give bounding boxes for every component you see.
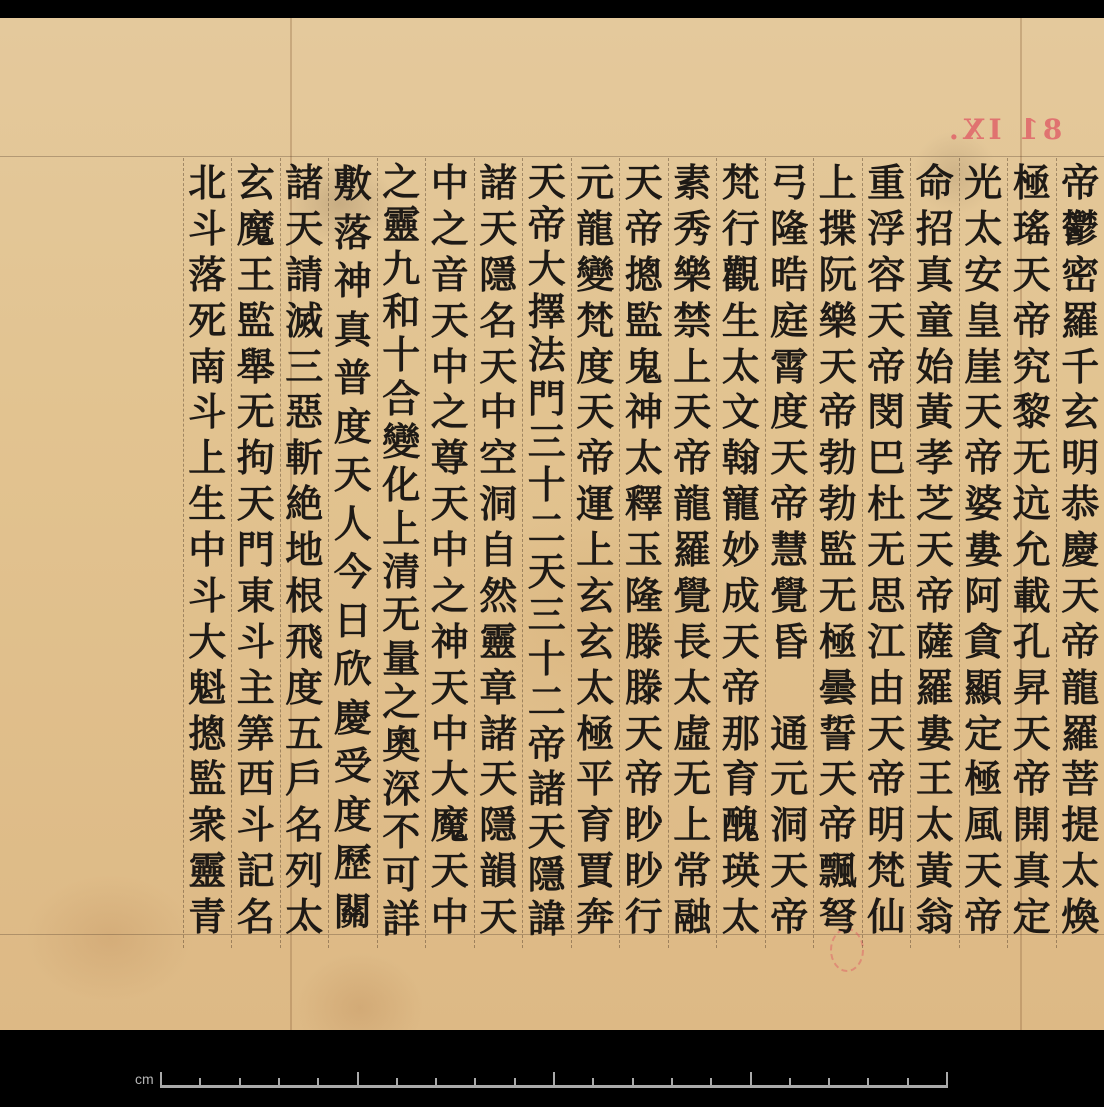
glyph: 上 bbox=[673, 344, 711, 390]
glyph: 中 bbox=[188, 527, 226, 573]
glyph: 南 bbox=[188, 344, 226, 390]
glyph: 鬼 bbox=[625, 344, 663, 390]
glyph: 芝 bbox=[916, 481, 954, 527]
scale-minor-tick bbox=[710, 1078, 712, 1088]
glyph: 運 bbox=[576, 481, 614, 527]
text-column: 敷落神真普度天人今日欣慶受度歷關 bbox=[328, 158, 377, 948]
glyph: 中 bbox=[431, 527, 469, 573]
glyph: 黃 bbox=[916, 389, 954, 435]
glyph: 醜 bbox=[722, 802, 760, 848]
glyph: 天 bbox=[673, 389, 711, 435]
glyph: 天 bbox=[916, 527, 954, 573]
glyph: 斗 bbox=[188, 573, 226, 619]
glyph: 變 bbox=[576, 252, 614, 298]
glyph: 名 bbox=[237, 894, 275, 940]
glyph: 飄 bbox=[819, 848, 857, 894]
glyph: 重 bbox=[867, 160, 905, 206]
glyph: 空 bbox=[479, 435, 517, 481]
glyph: 育 bbox=[722, 756, 760, 802]
glyph: 上 bbox=[673, 802, 711, 848]
glyph: 詳 bbox=[382, 897, 420, 940]
glyph: 筭 bbox=[237, 711, 275, 757]
glyph: 名 bbox=[479, 298, 517, 344]
scale-unit-label: cm bbox=[135, 1071, 154, 1087]
glyph: 清 bbox=[382, 550, 420, 593]
glyph: 太 bbox=[673, 665, 711, 711]
glyph: 可 bbox=[382, 853, 420, 896]
glyph: 阮 bbox=[819, 252, 857, 298]
glyph: 容 bbox=[867, 252, 905, 298]
glyph: 誓 bbox=[819, 711, 857, 757]
red-stamp-catalog-mark: 81 IX. bbox=[945, 113, 1062, 146]
scale-minor-tick bbox=[278, 1078, 280, 1088]
glyph: 秀 bbox=[673, 206, 711, 252]
text-column: 北斗落死南斗上生中斗大魁摠監衆靈青 bbox=[183, 158, 232, 948]
glyph: 常 bbox=[673, 848, 711, 894]
glyph: 帝 bbox=[770, 894, 808, 940]
glyph: 日 bbox=[334, 597, 372, 646]
glyph: 千 bbox=[1061, 344, 1099, 390]
glyph: 欣 bbox=[334, 645, 372, 694]
glyph: 合 bbox=[382, 377, 420, 420]
glyph: 帝 bbox=[625, 756, 663, 802]
glyph: 瑛 bbox=[722, 848, 760, 894]
glyph: 擇 bbox=[528, 290, 566, 333]
glyph: 靈 bbox=[382, 203, 420, 246]
glyph: 王 bbox=[237, 252, 275, 298]
glyph: 太 bbox=[625, 435, 663, 481]
glyph: 諸 bbox=[479, 711, 517, 757]
glyph: 隱 bbox=[479, 802, 517, 848]
scale-minor-tick bbox=[828, 1078, 830, 1088]
text-column: 弓隆晧庭霄度天帝慧覺昏𣺫通元洞天帝 bbox=[765, 158, 814, 948]
glyph: 度 bbox=[576, 344, 614, 390]
glyph: 度 bbox=[334, 791, 372, 840]
glyph: 明 bbox=[1061, 435, 1099, 481]
glyph: 帝 bbox=[528, 723, 566, 766]
glyph: 光 bbox=[964, 160, 1002, 206]
glyph: 慶 bbox=[1061, 527, 1099, 573]
glyph: 斗 bbox=[188, 389, 226, 435]
glyph: 監 bbox=[237, 298, 275, 344]
scale-major-tick bbox=[160, 1072, 162, 1088]
glyph: 門 bbox=[237, 527, 275, 573]
glyph: 魔 bbox=[431, 802, 469, 848]
glyph: 樂 bbox=[819, 298, 857, 344]
scale-minor-tick bbox=[867, 1078, 869, 1088]
glyph: 生 bbox=[188, 481, 226, 527]
glyph: 天 bbox=[819, 756, 857, 802]
glyph: 无 bbox=[673, 756, 711, 802]
glyph: 眇 bbox=[625, 848, 663, 894]
glyph: 天 bbox=[431, 848, 469, 894]
glyph: 仙 bbox=[867, 894, 905, 940]
glyph: 融 bbox=[673, 894, 711, 940]
glyph: 普 bbox=[334, 354, 372, 403]
text-column: 梵行觀生太文翰寵妙成天帝那育醜瑛太 bbox=[716, 158, 765, 948]
glyph: 天 bbox=[964, 389, 1002, 435]
glyph: 閔 bbox=[867, 389, 905, 435]
glyph: 五 bbox=[285, 711, 323, 757]
glyph: 真 bbox=[1013, 848, 1051, 894]
glyph: 靈 bbox=[479, 619, 517, 665]
glyph: 帝 bbox=[819, 389, 857, 435]
glyph: 法 bbox=[528, 333, 566, 376]
glyph: 之 bbox=[382, 160, 420, 203]
glyph: 无 bbox=[382, 593, 420, 636]
glyph: 然 bbox=[479, 573, 517, 619]
glyph: 天 bbox=[431, 298, 469, 344]
glyph: 極 bbox=[1013, 160, 1051, 206]
glyph: 滕 bbox=[625, 665, 663, 711]
text-column: 命招真童始黃孝芝天帝薩羅婁王太黃翁 bbox=[910, 158, 959, 948]
glyph: 帝 bbox=[867, 756, 905, 802]
glyph: 度 bbox=[285, 665, 323, 711]
glyph: 二 bbox=[528, 507, 566, 550]
glyph: 不 bbox=[382, 810, 420, 853]
glyph: 帝 bbox=[528, 203, 566, 246]
glyph: 弓 bbox=[770, 160, 808, 206]
glyph: 童 bbox=[916, 298, 954, 344]
glyph: 太 bbox=[1061, 848, 1099, 894]
text-column: 諸天隱名天中空洞自然靈章諸天隱韻天 bbox=[474, 158, 523, 948]
glyph: 婆 bbox=[964, 481, 1002, 527]
scale-minor-tick bbox=[632, 1078, 634, 1088]
glyph: 極 bbox=[576, 711, 614, 757]
glyph: 崖 bbox=[964, 344, 1002, 390]
glyph: 杜 bbox=[867, 481, 905, 527]
glyph: 東 bbox=[237, 573, 275, 619]
glyph: 帝 bbox=[964, 894, 1002, 940]
glyph: 大 bbox=[188, 619, 226, 665]
glyph: 深 bbox=[382, 767, 420, 810]
glyph: 魁 bbox=[188, 665, 226, 711]
glyph: 化 bbox=[382, 463, 420, 506]
glyph: 斗 bbox=[188, 206, 226, 252]
glyph: 三 bbox=[528, 593, 566, 636]
text-columns: 帝鬱密羅千玄明恭慶天帝龍羅菩提太煥極瑤天帝究黎无迒允載孔昇天帝開真定光太安皇崖天… bbox=[183, 158, 1104, 958]
glyph: 上 bbox=[819, 160, 857, 206]
glyph: 慧 bbox=[770, 527, 808, 573]
glyph: 滅 bbox=[285, 298, 323, 344]
text-column: 元龍變梵度天帝運上玄玄太極平育賈奔 bbox=[571, 158, 620, 948]
glyph: 寵 bbox=[722, 481, 760, 527]
text-column: 光太安皇崖天帝婆婁阿貪顯定極風天帝 bbox=[959, 158, 1008, 948]
glyph: 梵 bbox=[867, 848, 905, 894]
glyph: 薩 bbox=[916, 619, 954, 665]
glyph: 素 bbox=[673, 160, 711, 206]
glyph: 覺 bbox=[770, 573, 808, 619]
glyph: 釋 bbox=[625, 481, 663, 527]
scale-minor-tick bbox=[317, 1078, 319, 1088]
glyph: 梵 bbox=[576, 298, 614, 344]
glyph: 虛 bbox=[673, 711, 711, 757]
glyph: 帝 bbox=[1013, 756, 1051, 802]
glyph: 魔 bbox=[237, 206, 275, 252]
glyph: 帝 bbox=[819, 802, 857, 848]
glyph: 請 bbox=[285, 252, 323, 298]
glyph: 始 bbox=[916, 344, 954, 390]
glyph: 樂 bbox=[673, 252, 711, 298]
scale-bar-line bbox=[161, 1085, 947, 1088]
glyph: 王 bbox=[916, 756, 954, 802]
glyph: 開 bbox=[1013, 802, 1051, 848]
glyph: 戶 bbox=[285, 756, 323, 802]
glyph: 章 bbox=[479, 665, 517, 711]
glyph: 生 bbox=[722, 298, 760, 344]
glyph: 諱 bbox=[528, 897, 566, 940]
glyph: 洞 bbox=[479, 481, 517, 527]
glyph: 隱 bbox=[528, 853, 566, 896]
glyph: 中 bbox=[431, 711, 469, 757]
glyph: 飛 bbox=[285, 619, 323, 665]
glyph: 帝 bbox=[964, 435, 1002, 481]
glyph: 落 bbox=[188, 252, 226, 298]
glyph: 帝 bbox=[867, 344, 905, 390]
glyph: 之 bbox=[431, 573, 469, 619]
text-column: 玄魔王監舉无拘天門東斗主筭西斗記名 bbox=[231, 158, 280, 948]
glyph: 列 bbox=[285, 848, 323, 894]
glyph: 記 bbox=[237, 848, 275, 894]
glyph: 舉 bbox=[237, 344, 275, 390]
glyph: 玄 bbox=[237, 160, 275, 206]
glyph: 十 bbox=[528, 463, 566, 506]
scale-minor-tick bbox=[789, 1078, 791, 1088]
glyph: 太 bbox=[285, 894, 323, 940]
glyph: 思 bbox=[867, 573, 905, 619]
glyph: 文 bbox=[722, 389, 760, 435]
glyph: 摠 bbox=[625, 252, 663, 298]
glyph: 禁 bbox=[673, 298, 711, 344]
glyph: 帝 bbox=[770, 481, 808, 527]
glyph: 真 bbox=[916, 252, 954, 298]
glyph: 三 bbox=[285, 344, 323, 390]
glyph: 帝 bbox=[576, 435, 614, 481]
glyph: 帝 bbox=[722, 665, 760, 711]
glyph: 天 bbox=[479, 894, 517, 940]
glyph: 極 bbox=[819, 619, 857, 665]
glyph: 龍 bbox=[576, 206, 614, 252]
glyph: 北 bbox=[188, 160, 226, 206]
glyph: 勃 bbox=[819, 435, 857, 481]
glyph: 大 bbox=[528, 247, 566, 290]
glyph: 勃 bbox=[819, 481, 857, 527]
glyph: 帝 bbox=[1061, 160, 1099, 206]
glyph: 神 bbox=[625, 389, 663, 435]
glyph: 孔 bbox=[1013, 619, 1051, 665]
glyph: 明 bbox=[867, 802, 905, 848]
glyph: 天 bbox=[528, 810, 566, 853]
glyph: 定 bbox=[1013, 894, 1051, 940]
glyph: 量 bbox=[382, 637, 420, 680]
glyph: 元 bbox=[770, 756, 808, 802]
text-column: 諸天請滅三惡斬絶地根飛度五戶名列太 bbox=[280, 158, 329, 948]
glyph: 天 bbox=[334, 451, 372, 500]
glyph: 太 bbox=[964, 206, 1002, 252]
glyph: 婁 bbox=[916, 711, 954, 757]
glyph: 神 bbox=[431, 619, 469, 665]
ruling-line-top bbox=[0, 156, 1104, 157]
glyph: 人 bbox=[334, 500, 372, 549]
glyph: 黃 bbox=[916, 848, 954, 894]
glyph: 二 bbox=[528, 680, 566, 723]
glyph: 西 bbox=[237, 756, 275, 802]
text-column: 天帝摠監鬼神太釋玉隆滕滕天帝眇眇行 bbox=[619, 158, 668, 948]
glyph: 賈 bbox=[576, 848, 614, 894]
glyph: 上 bbox=[576, 527, 614, 573]
manuscript-paper: 81 IX. 帝鬱密羅千玄明恭慶天帝龍羅菩提太煥極瑤天帝究黎无迒允載孔昇天帝開真… bbox=[0, 18, 1104, 1030]
glyph: 之 bbox=[431, 389, 469, 435]
glyph: 定 bbox=[964, 711, 1002, 757]
glyph: 无 bbox=[867, 527, 905, 573]
scale-minor-tick bbox=[239, 1078, 241, 1088]
glyph: 迒 bbox=[1013, 481, 1051, 527]
glyph: 摠 bbox=[188, 711, 226, 757]
glyph: 神 bbox=[334, 257, 372, 306]
glyph: 阿 bbox=[964, 573, 1002, 619]
glyph: 顯 bbox=[964, 665, 1002, 711]
glyph: 十 bbox=[528, 637, 566, 680]
glyph: 變 bbox=[382, 420, 420, 463]
glyph: 天 bbox=[819, 344, 857, 390]
glyph: 霄 bbox=[770, 344, 808, 390]
glyph: 帝 bbox=[916, 573, 954, 619]
glyph: 皇 bbox=[964, 298, 1002, 344]
scale-major-tick bbox=[553, 1072, 555, 1088]
glyph: 行 bbox=[722, 206, 760, 252]
glyph: 根 bbox=[285, 573, 323, 619]
glyph: 隱 bbox=[479, 252, 517, 298]
glyph: 關 bbox=[334, 888, 372, 937]
glyph: 无 bbox=[1013, 435, 1051, 481]
glyph: 菩 bbox=[1061, 756, 1099, 802]
glyph: 自 bbox=[479, 527, 517, 573]
glyph: 成 bbox=[722, 573, 760, 619]
glyph: 太 bbox=[916, 802, 954, 848]
glyph: 育 bbox=[576, 802, 614, 848]
glyph: 揲 bbox=[819, 206, 857, 252]
scale-major-tick bbox=[946, 1072, 948, 1088]
glyph: 受 bbox=[334, 742, 372, 791]
glyph: 天 bbox=[1061, 573, 1099, 619]
glyph: 浮 bbox=[867, 206, 905, 252]
glyph: 極 bbox=[964, 756, 1002, 802]
glyph: 平 bbox=[576, 756, 614, 802]
glyph: 昏 bbox=[770, 619, 808, 665]
glyph: 天 bbox=[431, 481, 469, 527]
glyph: 行 bbox=[625, 894, 663, 940]
glyph: 恭 bbox=[1061, 481, 1099, 527]
glyph: 太 bbox=[722, 894, 760, 940]
glyph: 庭 bbox=[770, 298, 808, 344]
glyph: 晧 bbox=[770, 252, 808, 298]
glyph: 和 bbox=[382, 290, 420, 333]
text-column: 極瑤天帝究黎无迒允載孔昇天帝開真定 bbox=[1007, 158, 1056, 948]
glyph: 昇 bbox=[1013, 665, 1051, 711]
glyph: 天 bbox=[431, 665, 469, 711]
glyph: 奧 bbox=[382, 723, 420, 766]
glyph: 玄 bbox=[576, 573, 614, 619]
glyph: 中 bbox=[431, 344, 469, 390]
glyph: 天 bbox=[625, 711, 663, 757]
glyph: 度 bbox=[770, 389, 808, 435]
glyph: 羅 bbox=[673, 527, 711, 573]
glyph: 招 bbox=[916, 206, 954, 252]
scale-minor-tick bbox=[907, 1078, 909, 1088]
glyph: 天 bbox=[576, 389, 614, 435]
glyph: 翰 bbox=[722, 435, 760, 481]
glyph: 韻 bbox=[479, 848, 517, 894]
glyph: 羅 bbox=[1061, 298, 1099, 344]
glyph: 監 bbox=[625, 298, 663, 344]
glyph: 天 bbox=[479, 756, 517, 802]
glyph: 玄 bbox=[576, 619, 614, 665]
glyph: 隆 bbox=[625, 573, 663, 619]
glyph: 覺 bbox=[673, 573, 711, 619]
text-column: 素秀樂禁上天帝龍羅覺長太虛无上常融 bbox=[668, 158, 717, 948]
glyph: 慶 bbox=[334, 694, 372, 743]
glyph: 究 bbox=[1013, 344, 1051, 390]
glyph: 青 bbox=[188, 894, 226, 940]
glyph: 天 bbox=[285, 206, 323, 252]
glyph: 羅 bbox=[1061, 711, 1099, 757]
glyph: 婁 bbox=[964, 527, 1002, 573]
glyph: 提 bbox=[1061, 802, 1099, 848]
glyph: 天 bbox=[237, 481, 275, 527]
glyph: 中 bbox=[479, 389, 517, 435]
glyph: 風 bbox=[964, 802, 1002, 848]
glyph: 中 bbox=[431, 894, 469, 940]
glyph: 眇 bbox=[625, 802, 663, 848]
glyph: 十 bbox=[382, 333, 420, 376]
glyph: 惡 bbox=[285, 389, 323, 435]
glyph: 天 bbox=[964, 848, 1002, 894]
glyph: 貪 bbox=[964, 619, 1002, 665]
scale-minor-tick bbox=[474, 1078, 476, 1088]
glyph: 監 bbox=[819, 527, 857, 573]
text-column: 帝鬱密羅千玄明恭慶天帝龍羅菩提太煥 bbox=[1056, 158, 1104, 948]
glyph: 弩 bbox=[819, 894, 857, 940]
glyph: 瑤 bbox=[1013, 206, 1051, 252]
glyph: 天 bbox=[867, 298, 905, 344]
scale-minor-tick bbox=[514, 1078, 516, 1088]
scale-major-tick bbox=[750, 1072, 752, 1088]
glyph: 天 bbox=[770, 848, 808, 894]
glyph: 尊 bbox=[431, 435, 469, 481]
glyph: 死 bbox=[188, 298, 226, 344]
glyph: 黎 bbox=[1013, 389, 1051, 435]
glyph: 帝 bbox=[625, 206, 663, 252]
glyph: 諸 bbox=[479, 160, 517, 206]
glyph: 主 bbox=[237, 665, 275, 711]
glyph: 度 bbox=[334, 403, 372, 452]
glyph: 敷 bbox=[334, 160, 372, 209]
scale-major-tick bbox=[357, 1072, 359, 1088]
glyph: 長 bbox=[673, 619, 711, 665]
glyph: 諸 bbox=[285, 160, 323, 206]
glyph: 斬 bbox=[285, 435, 323, 481]
scale-minor-tick bbox=[199, 1078, 201, 1088]
glyph: 歷 bbox=[334, 839, 372, 888]
scale-minor-tick bbox=[396, 1078, 398, 1088]
glyph: 天 bbox=[528, 550, 566, 593]
glyph: 斗 bbox=[237, 619, 275, 665]
glyph: 天 bbox=[1013, 252, 1051, 298]
text-column: 上揲阮樂天帝勃勃監无極曇誓天帝飄弩 bbox=[813, 158, 862, 948]
glyph: 天 bbox=[722, 619, 760, 665]
glyph: 九 bbox=[382, 247, 420, 290]
glyph: 那 bbox=[722, 711, 760, 757]
